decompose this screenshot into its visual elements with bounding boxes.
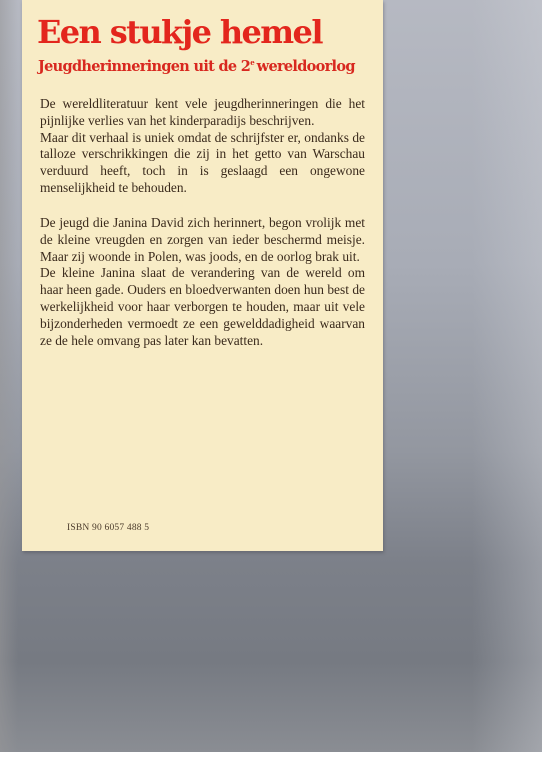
subtitle-prefix: Jeugdherinneringen uit de 2 bbox=[38, 58, 250, 75]
blurb-paragraph: De wereldliteratuur kent vele jeugdherin… bbox=[40, 96, 365, 130]
blurb-paragraph: De kleine Janina slaat de verandering va… bbox=[40, 265, 365, 349]
blurb-section-2: De jeugd die Janina David zich herinnert… bbox=[40, 215, 365, 349]
isbn-number: ISBN 90 6057 488 5 bbox=[67, 523, 149, 533]
book-title: Een stukje hemel bbox=[37, 14, 322, 50]
subtitle-suffix: wereldoorlog bbox=[257, 58, 355, 75]
blurb-paragraph: De jeugd die Janina David zich herinnert… bbox=[40, 215, 365, 265]
blurb-paragraph: Maar dit verhaal is uniek omdat de schri… bbox=[40, 130, 365, 197]
book-subtitle: Jeugdherinneringen uit de 2ewereldoorlog bbox=[38, 54, 355, 76]
subtitle-superscript: e bbox=[250, 58, 254, 67]
blurb-section-1: De wereldliteratuur kent vele jeugdherin… bbox=[40, 96, 365, 197]
